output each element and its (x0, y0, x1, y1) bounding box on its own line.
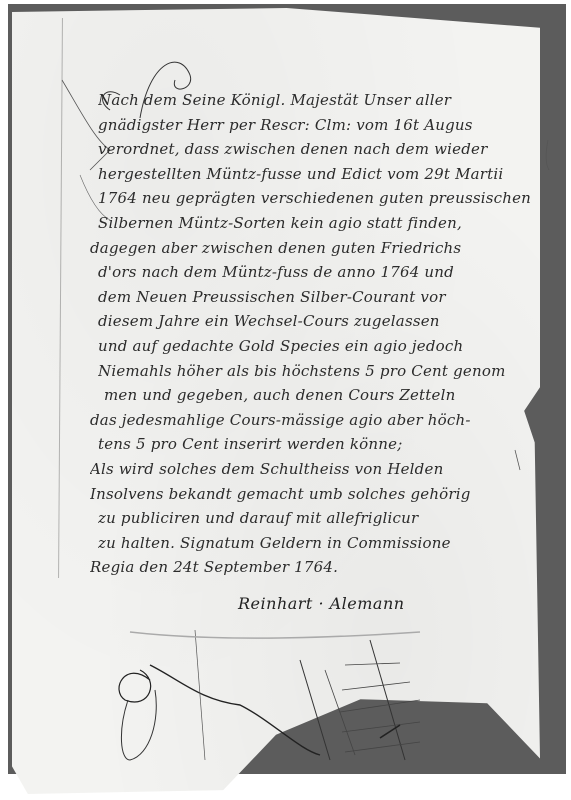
text-line: diesem Jahre ein Wechsel-Cours zugelasse… (98, 309, 548, 334)
text-line: d'ors nach dem Müntz-fuss de anno 1764 u… (98, 260, 548, 285)
text-line: tens 5 pro Cent inserirt werden könne; (98, 432, 548, 457)
text-line: 1764 neu geprägten verschiedenen guten p… (98, 186, 548, 211)
text-line: verordnet, dass zwischen denen nach dem … (98, 137, 548, 162)
text-line: dagegen aber zwischen denen guten Friedr… (90, 236, 548, 261)
text-line: Nach dem Seine Königl. Majestät Unser al… (98, 88, 548, 113)
text-line: Als wird solches dem Schultheiss von Hel… (90, 457, 548, 482)
decree-text: Nach dem Seine Königl. Majestät Unser al… (98, 88, 548, 580)
text-line: Silbernen Müntz-Sorten kein agio statt f… (98, 211, 548, 236)
text-line: Insolvens bekandt gemacht umb solches ge… (90, 482, 548, 507)
text-line: men und gegeben, auch denen Cours Zettel… (98, 383, 548, 408)
text-line: zu publiciren und darauf mit allefriglic… (98, 506, 548, 531)
signature: Reinhart · Alemann (238, 594, 405, 613)
text-line: gnädigster Herr per Rescr: Clm: vom 16t … (98, 113, 548, 138)
text-line: Niemahls höher als bis höchstens 5 pro C… (98, 359, 548, 384)
text-line: das jedesmahlige Cours-mässige agio aber… (90, 408, 548, 433)
text-line: dem Neuen Preussischen Silber-Courant vo… (98, 285, 548, 310)
text-line: Regia den 24t September 1764. (90, 555, 548, 580)
text-line: zu halten. Signatum Geldern in Commissio… (98, 531, 548, 556)
text-line: und auf gedachte Gold Species ein agio j… (98, 334, 548, 359)
text-line: hergestellten Müntz-fusse und Edict vom … (98, 162, 548, 187)
